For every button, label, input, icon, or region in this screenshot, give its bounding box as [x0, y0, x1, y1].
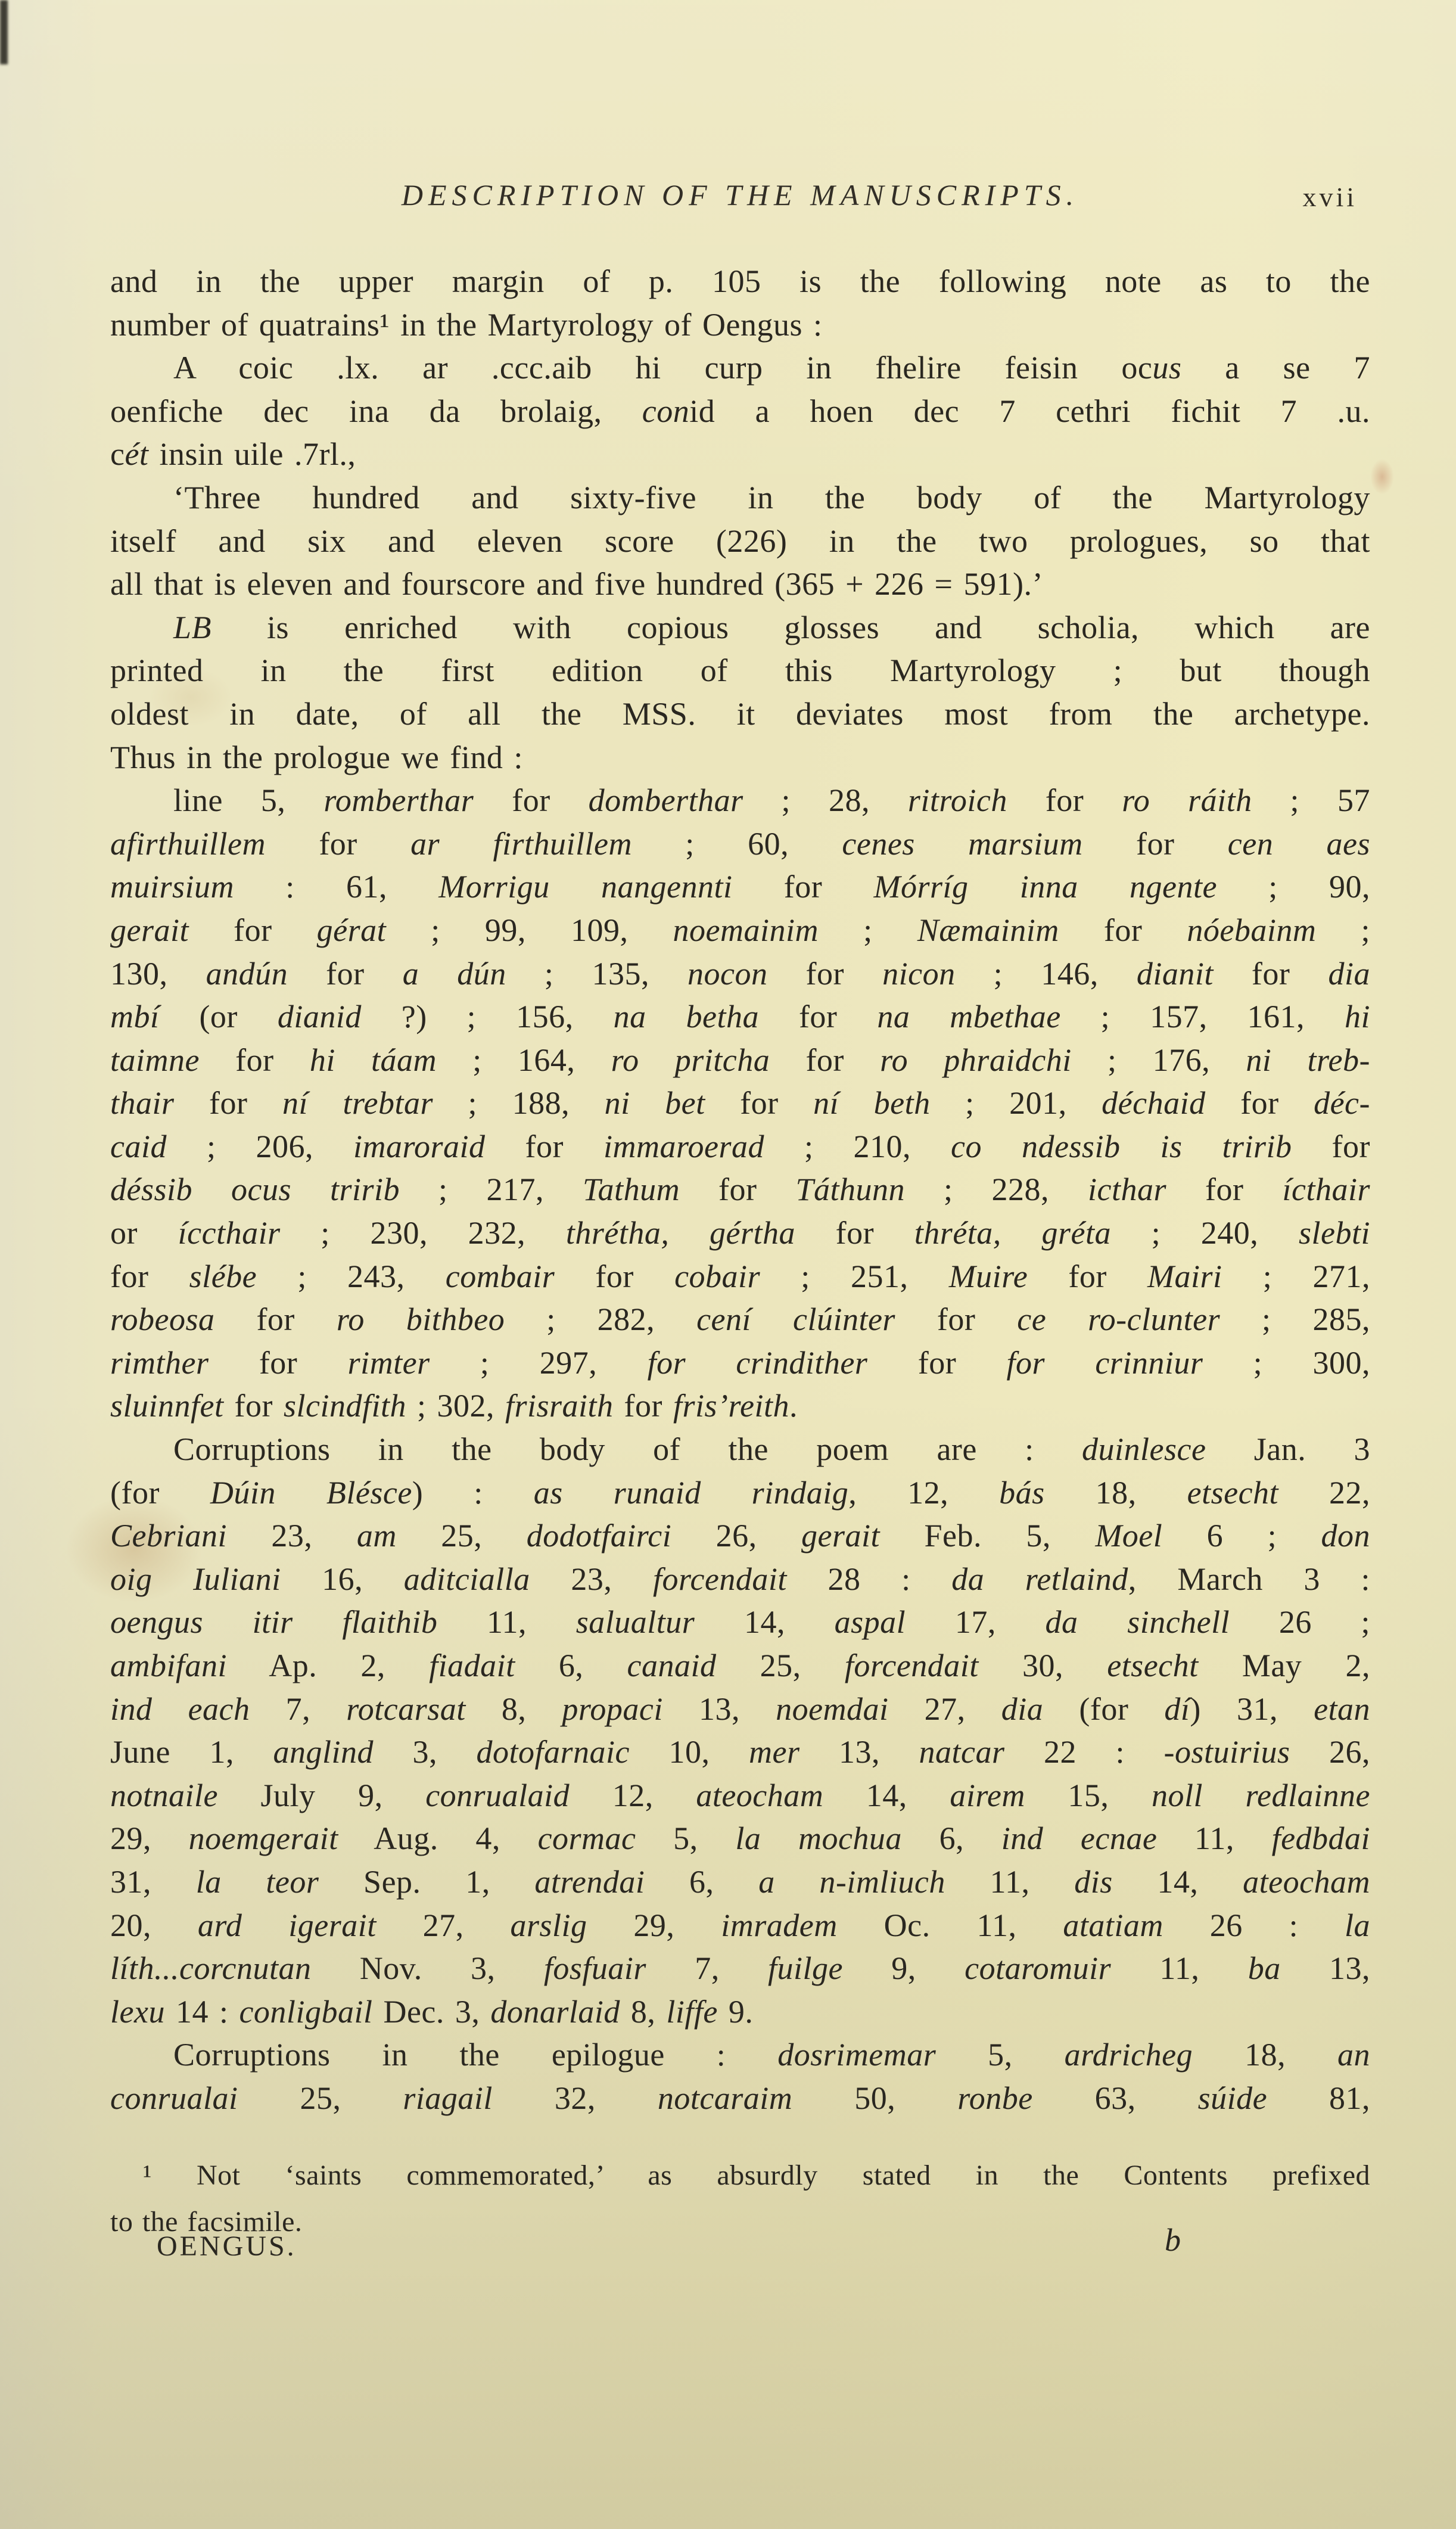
italic-text: Táthunn: [796, 1172, 906, 1207]
roman-text: ; 300,: [1203, 1345, 1370, 1381]
italic-text: rotcarsat: [346, 1691, 466, 1727]
roman-text: Ap. 2,: [227, 1648, 429, 1683]
italic-text: slcindfith: [284, 1388, 406, 1424]
roman-text: , March 3 :: [1128, 1561, 1370, 1597]
italic-text: us: [1152, 350, 1181, 386]
italic-text: déc-: [1314, 1085, 1370, 1121]
roman-text: for: [614, 1388, 673, 1424]
italic-text: notnaile: [110, 1778, 218, 1813]
roman-text: ; 228,: [905, 1172, 1088, 1207]
italic-text: salualtur: [576, 1604, 695, 1640]
italic-text: ind ecnae: [1001, 1820, 1158, 1856]
roman-text: 31,: [110, 1864, 196, 1900]
italic-text: a n-imliuch: [758, 1864, 945, 1900]
roman-text: for: [555, 1259, 674, 1294]
italic-text: propaci: [562, 1691, 662, 1727]
italic-text: ní beth: [813, 1085, 931, 1121]
roman-text: 13,: [663, 1691, 776, 1727]
roman-text: 11,: [1111, 1950, 1248, 1986]
text-line: taimne for hi táam ; 164, ro pritcha for…: [110, 1039, 1370, 1082]
roman-text: line 5,: [173, 782, 323, 818]
catchword: OENGUS.: [157, 2230, 297, 2263]
roman-text: for: [110, 1259, 189, 1294]
roman-text: for: [759, 999, 877, 1034]
roman-text: 25,: [397, 1518, 527, 1554]
roman-text: ; 90,: [1217, 869, 1370, 905]
text-line: sluinnfet for slcindfith ; 302, frisrait…: [110, 1384, 1370, 1428]
text-line: Cebriani 23, am 25, dodotfairci 26, gera…: [110, 1514, 1370, 1558]
roman-text: for: [288, 956, 403, 992]
roman-text: ; 176,: [1072, 1042, 1246, 1078]
italic-text: thréta, gréta: [914, 1215, 1111, 1251]
roman-text: ; 188,: [433, 1085, 605, 1121]
roman-text: 50,: [792, 2080, 957, 2116]
roman-text: A coic .lx. ar .ccc.aib hi curp in fheli…: [173, 350, 1152, 386]
italic-text: cotaromuir: [965, 1950, 1111, 1986]
roman-text: oenfiche dec ina da brolaig,: [110, 393, 642, 429]
roman-text: 13,: [1281, 1950, 1370, 1986]
signature-mark: b: [1165, 2222, 1181, 2258]
roman-text: ) :: [412, 1475, 534, 1511]
italic-text: liffe: [666, 1994, 717, 2030]
italic-text: Mórríg inna ngente: [874, 869, 1217, 905]
italic-text: ar firthuillem: [410, 826, 632, 862]
italic-text: combair: [446, 1259, 555, 1294]
italic-text: oig Iuliani: [110, 1561, 281, 1597]
italic-text: rimther: [110, 1345, 209, 1381]
roman-text: ; 28,: [743, 782, 908, 818]
italic-text: taimne: [110, 1042, 200, 1078]
roman-text: for: [733, 869, 874, 905]
italic-text: thrétha, gértha: [566, 1215, 795, 1251]
roman-text: 26,: [1290, 1734, 1371, 1770]
roman-text: Corruptions in the body of the poem are …: [173, 1431, 1082, 1467]
roman-text: ;: [819, 912, 917, 948]
roman-text: for: [486, 1129, 603, 1164]
italic-text: déchaid: [1102, 1085, 1205, 1121]
italic-text: forcendait: [653, 1561, 787, 1597]
roman-text: for: [1083, 826, 1228, 862]
italic-text: fuilge: [768, 1950, 843, 1986]
italic-text: co ndessib is tririb: [951, 1129, 1292, 1164]
roman-text: 8,: [620, 1994, 667, 2030]
roman-text: for: [867, 1345, 1006, 1381]
italic-text: ard igerait: [198, 1907, 377, 1943]
italic-text: ateocham: [1243, 1864, 1370, 1900]
roman-text: for: [474, 782, 588, 818]
italic-text: gerait: [110, 912, 189, 948]
italic-text: dia: [1001, 1691, 1044, 1727]
roman-text: 7,: [646, 1950, 768, 1986]
italic-text: nicon: [882, 956, 955, 992]
roman-text: 29,: [110, 1820, 189, 1856]
roman-text: ; 217,: [400, 1172, 583, 1207]
roman-text: ; 164,: [437, 1042, 611, 1078]
italic-text: don: [1321, 1518, 1371, 1554]
roman-text: for: [1214, 956, 1329, 992]
text-line: ind each 7, rotcarsat 8, propaci 13, noe…: [110, 1688, 1370, 1731]
italic-text: ba: [1248, 1950, 1281, 1986]
italic-text: etan: [1314, 1691, 1370, 1727]
italic-text: romberthar: [323, 782, 474, 818]
roman-text: for: [200, 1042, 310, 1078]
italic-text: conrualai: [110, 2080, 238, 2116]
text-line: lexu 14 : conligbail Dec. 3, donarlaid 8…: [110, 1990, 1370, 2034]
roman-text: for: [1292, 1129, 1370, 1164]
roman-text: ; 201,: [931, 1085, 1102, 1121]
roman-text: 63,: [1033, 2080, 1198, 2116]
italic-text: fedbdai: [1272, 1820, 1370, 1856]
roman-text: number of quatrains¹ in the Martyrology …: [110, 307, 822, 343]
book-page-scan: DESCRIPTION OF THE MANUSCRIPTS. xvii and…: [0, 0, 1456, 2529]
roman-text: Corruptions in the epilogue :: [173, 2037, 777, 2073]
italic-text: Moel: [1095, 1518, 1162, 1554]
italic-text: arslig: [511, 1907, 587, 1943]
italic-text: fris’reith: [673, 1388, 789, 1424]
roman-text: or: [110, 1215, 178, 1251]
roman-text: ; 157, 161,: [1061, 999, 1345, 1034]
italic-text: ni bet: [605, 1085, 705, 1121]
roman-text: 15,: [1025, 1778, 1152, 1813]
roman-text: for: [189, 912, 317, 948]
italic-text: dotofarnaic: [477, 1734, 630, 1770]
text-line: ¹ Not ‘saints commemorated,’ as absurdly…: [110, 2152, 1370, 2199]
roman-text: insin uile .7rl.,: [148, 436, 356, 472]
roman-text: for: [895, 1301, 1017, 1337]
italic-text: dia: [1328, 956, 1370, 992]
italic-text: ro ráith: [1122, 782, 1252, 818]
roman-text: May 2,: [1199, 1648, 1370, 1683]
roman-text: 23,: [227, 1518, 357, 1554]
roman-text: , 12,: [848, 1475, 999, 1511]
italic-text: notcaraim: [658, 2080, 793, 2116]
roman-text: Jan. 3: [1206, 1431, 1370, 1467]
italic-text: airem: [950, 1778, 1025, 1813]
italic-text: riagail: [403, 2080, 493, 2116]
italic-text: thair: [110, 1085, 175, 1121]
italic-text: caid: [110, 1129, 167, 1164]
roman-text: for: [215, 1301, 337, 1337]
roman-text: Thus in the prologue we find :: [110, 740, 523, 775]
roman-text: ; 285,: [1220, 1301, 1370, 1337]
text-line: number of quatrains¹ in the Martyrology …: [110, 303, 1370, 347]
roman-text: ; 297,: [430, 1345, 648, 1381]
italic-text: aditcialla: [404, 1561, 530, 1597]
roman-text: for: [767, 956, 882, 992]
italic-text: conrualaid: [425, 1778, 570, 1813]
italic-text: icthar: [1088, 1172, 1166, 1207]
text-line: conrualai 25, riagail 32, notcaraim 50, …: [110, 2077, 1370, 2120]
roman-text: 5,: [936, 2037, 1064, 2073]
roman-text: ¹ Not ‘saints commemorated,’ as absurdly…: [143, 2160, 1370, 2191]
roman-text: 27,: [889, 1691, 1001, 1727]
italic-text: cenes marsium: [842, 826, 1082, 862]
text-line: ambifani Ap. 2, fiadait 6, canaid 25, fo…: [110, 1644, 1370, 1688]
text-line: 130, andún for a dún ; 135, nocon for ni…: [110, 952, 1370, 996]
text-line: rimther for rimter ; 297, for crindither…: [110, 1341, 1370, 1385]
italic-text: dianid: [278, 999, 362, 1034]
italic-text: dodotfairci: [527, 1518, 672, 1554]
page-number: xvii: [1302, 181, 1357, 213]
roman-text: for: [795, 1215, 914, 1251]
roman-text: 26,: [671, 1518, 801, 1554]
italic-text: la mochua: [735, 1820, 902, 1856]
roman-text: all that is eleven and fourscore and fiv…: [110, 566, 1043, 602]
scan-edge-mark: [0, 0, 8, 64]
italic-text: ardricheg: [1065, 2037, 1193, 2073]
italic-text: etsecht: [1107, 1648, 1198, 1683]
paragraph: ‘Three hundred and sixty-five in the bod…: [110, 476, 1370, 606]
roman-text: Oc. 11,: [838, 1907, 1063, 1943]
text-line: or íccthair ; 230, 232, thrétha, gértha …: [110, 1211, 1370, 1255]
text-line: LB is enriched with copious glosses and …: [110, 606, 1370, 650]
roman-text: 11,: [437, 1604, 575, 1640]
page-footer: OENGUS. b: [110, 2230, 1370, 2278]
italic-text: imradem: [721, 1907, 837, 1943]
roman-text: for: [1166, 1172, 1282, 1207]
roman-text: 8,: [466, 1691, 562, 1727]
roman-text: oldest in date, of all the MSS. it devia…: [110, 696, 1370, 732]
roman-text: 11,: [945, 1864, 1074, 1900]
roman-text: for: [209, 1345, 348, 1381]
roman-text: 12,: [570, 1778, 696, 1813]
text-line: notnaile July 9, conrualaid 12, ateocham…: [110, 1774, 1370, 1817]
roman-text: ‘Three hundred and sixty-five in the bod…: [173, 480, 1370, 515]
roman-text: a se 7: [1181, 350, 1370, 386]
italic-text: am: [357, 1518, 397, 1554]
paper-stain: [1370, 459, 1394, 495]
roman-text: for: [1206, 1085, 1314, 1121]
paragraph: Corruptions in the epilogue : dosrimemar…: [110, 2033, 1370, 2120]
roman-text: .: [789, 1388, 798, 1424]
italic-text: dosrimemar: [777, 2037, 936, 2073]
roman-text: printed in the first edition of this Mar…: [110, 653, 1370, 688]
text-line: ‘Three hundred and sixty-five in the bod…: [110, 476, 1370, 520]
text-line: all that is eleven and fourscore and fiv…: [110, 563, 1370, 606]
text-line: (for Dúin Blésce) : as runaid rindaig, 1…: [110, 1471, 1370, 1515]
roman-text: 14 :: [165, 1994, 239, 2030]
italic-text: -ostuirius: [1163, 1734, 1290, 1770]
italic-text: muirsium: [110, 869, 234, 905]
roman-text: ; 230, 232,: [281, 1215, 566, 1251]
italic-text: nocon: [687, 956, 767, 992]
text-line: robeosa for ro bithbeo ; 282, cení clúin…: [110, 1298, 1370, 1341]
italic-text: an: [1337, 2037, 1370, 2073]
roman-text: ; 135,: [506, 956, 687, 992]
italic-text: duinlesce: [1082, 1431, 1206, 1467]
paragraph: LB is enriched with copious glosses and …: [110, 606, 1370, 779]
roman-text: 32,: [493, 2080, 658, 2116]
text-line: and in the upper margin of p. 105 is the…: [110, 260, 1370, 303]
roman-text: ; 210,: [764, 1129, 951, 1164]
roman-text: 16,: [281, 1561, 404, 1597]
roman-text: (for: [1043, 1691, 1164, 1727]
italic-text: domberthar: [589, 782, 743, 818]
roman-text: ) 31,: [1190, 1691, 1314, 1727]
paragraph: line 5, romberthar for domberthar ; 28, …: [110, 779, 1370, 1428]
text-line: line 5, romberthar for domberthar ; 28, …: [110, 779, 1370, 822]
roman-text: for: [1059, 912, 1187, 948]
italic-text: na betha: [614, 999, 759, 1034]
italic-text: ronbe: [957, 2080, 1032, 2116]
text-line: oldest in date, of all the MSS. it devia…: [110, 692, 1370, 736]
roman-text: 22 :: [1004, 1734, 1163, 1770]
italic-text: la: [1345, 1907, 1370, 1943]
italic-text: nóebainm: [1187, 912, 1316, 948]
roman-text: 18,: [1045, 1475, 1187, 1511]
paragraph: and in the upper margin of p. 105 is the…: [110, 260, 1370, 346]
italic-text: anglind: [273, 1734, 374, 1770]
roman-text: 30,: [979, 1648, 1107, 1683]
text-line: déssib ocus tririb ; 217, Tathum for Tát…: [110, 1168, 1370, 1211]
running-header: DESCRIPTION OF THE MANUSCRIPTS. xvii: [110, 178, 1370, 219]
italic-text: LB: [173, 610, 211, 645]
italic-text: andún: [206, 956, 288, 992]
italic-text: da sinchell: [1046, 1604, 1230, 1640]
roman-text: ;: [1316, 912, 1370, 948]
roman-text: for: [1007, 782, 1122, 818]
italic-text: imaroraid: [353, 1129, 486, 1164]
italic-text: noll redlainne: [1152, 1778, 1370, 1813]
text-line: oig Iuliani 16, aditcialla 23, forcendai…: [110, 1558, 1370, 1601]
roman-text: 6,: [645, 1864, 758, 1900]
roman-text: 3,: [374, 1734, 477, 1770]
italic-text: hi: [1345, 999, 1370, 1034]
roman-text: 22,: [1278, 1475, 1370, 1511]
roman-text: (or: [160, 999, 278, 1034]
italic-text: ro phraidchi: [880, 1042, 1072, 1078]
italic-text: mer: [749, 1734, 799, 1770]
roman-text: 14,: [695, 1604, 834, 1640]
roman-text: 29,: [587, 1907, 721, 1943]
italic-text: hi táam: [310, 1042, 437, 1078]
roman-text: 23,: [530, 1561, 653, 1597]
roman-text: Dec. 3,: [372, 1994, 490, 2030]
italic-text: ce ro-clunter: [1017, 1301, 1220, 1337]
italic-text: atrendai: [534, 1864, 645, 1900]
roman-text: July 9,: [218, 1778, 425, 1813]
roman-text: ; 240,: [1111, 1215, 1299, 1251]
italic-text: noemdai: [776, 1691, 888, 1727]
roman-text: 27,: [377, 1907, 511, 1943]
roman-text: Feb. 5,: [880, 1518, 1095, 1554]
italic-text: Mairi: [1147, 1259, 1222, 1294]
roman-text: : 61,: [234, 869, 438, 905]
italic-text: mbí: [110, 999, 160, 1034]
italic-text: ambifani: [110, 1648, 227, 1683]
roman-text: for: [175, 1085, 283, 1121]
italic-text: Tathum: [583, 1172, 680, 1207]
roman-text: June 1,: [110, 1734, 273, 1770]
italic-text: fiadait: [429, 1648, 515, 1683]
italic-text: dí: [1164, 1691, 1190, 1727]
roman-text: ; 99, 109,: [386, 912, 673, 948]
text-line: Corruptions in the body of the poem are …: [110, 1428, 1370, 1471]
roman-text: 18,: [1193, 2037, 1337, 2073]
text-line: 20, ard igerait 27, arslig 29, imradem O…: [110, 1904, 1370, 1947]
text-line: líth...corcnutan Nov. 3, fosfuair 7, fui…: [110, 1947, 1370, 1990]
text-line: Corruptions in the epilogue : dosrimemar…: [110, 2033, 1370, 2077]
italic-text: afirthuillem: [110, 826, 266, 862]
italic-text: la teor: [196, 1864, 319, 1900]
italic-text: ét: [125, 436, 148, 472]
text-line: mbí (or dianid ?) ; 156, na betha for na…: [110, 995, 1370, 1039]
italic-text: for crinniur: [1007, 1345, 1203, 1381]
italic-text: forcendait: [845, 1648, 979, 1683]
italic-text: conligbail: [239, 1994, 372, 2030]
roman-text: 25,: [238, 2080, 403, 2116]
roman-text: 28 :: [787, 1561, 951, 1597]
roman-text: 14,: [1113, 1864, 1243, 1900]
italic-text: oengus itir flaithib: [110, 1604, 437, 1640]
roman-text: 13,: [799, 1734, 919, 1770]
roman-text: for: [266, 826, 410, 862]
roman-text: 9,: [843, 1950, 965, 1986]
italic-text: gérat: [317, 912, 387, 948]
text-line: oenfiche dec ina da brolaig, conid a hoe…: [110, 390, 1370, 433]
italic-text: Morrigu nangennti: [438, 869, 732, 905]
text-line: for slébe ; 243, combair for cobair ; 25…: [110, 1255, 1370, 1298]
italic-text: da retlaind: [951, 1561, 1128, 1597]
roman-text: 7,: [250, 1691, 347, 1727]
italic-text: ateocham: [696, 1778, 823, 1813]
roman-text: 5,: [636, 1820, 736, 1856]
italic-text: sluinnfet: [110, 1388, 224, 1424]
italic-text: Muire: [949, 1259, 1028, 1294]
roman-text: ; 282,: [505, 1301, 696, 1337]
text-line: gerait for gérat ; 99, 109, noemainim ; …: [110, 909, 1370, 952]
roman-text: 6,: [902, 1820, 1001, 1856]
roman-text: 9.: [718, 1994, 754, 2030]
italic-text: dis: [1074, 1864, 1113, 1900]
roman-text: 26 :: [1163, 1907, 1345, 1943]
roman-text: 26 ;: [1230, 1604, 1370, 1640]
text-line: afirthuillem for ar firthuillem ; 60, ce…: [110, 822, 1370, 866]
roman-text: ; 243,: [257, 1259, 446, 1294]
italic-text: frisraith: [505, 1388, 614, 1424]
roman-text: 25,: [716, 1648, 844, 1683]
roman-text: 11,: [1157, 1820, 1271, 1856]
paragraph: Corruptions in the body of the poem are …: [110, 1428, 1370, 2033]
italic-text: as runaid rindaig: [534, 1475, 849, 1511]
text-line: cét insin uile .7rl.,: [110, 433, 1370, 476]
text-line: 29, noemgerait Aug. 4, cormac 5, la moch…: [110, 1817, 1370, 1860]
italic-text: rimter: [348, 1345, 430, 1381]
italic-text: aspal: [835, 1604, 906, 1640]
body-text: and in the upper margin of p. 105 is the…: [110, 260, 1370, 2120]
roman-text: for: [1028, 1259, 1147, 1294]
text-line: muirsium : 61, Morrigu nangennti for Mór…: [110, 865, 1370, 909]
roman-text: itself and six and eleven score (226) in…: [110, 523, 1370, 559]
paragraph: A coic .lx. ar .ccc.aib hi curp in fheli…: [110, 346, 1370, 476]
italic-text: cen aes: [1228, 826, 1370, 862]
text-line: itself and six and eleven score (226) in…: [110, 520, 1370, 563]
roman-text: (for: [110, 1475, 210, 1511]
italic-text: íccthair: [178, 1215, 281, 1251]
italic-text: robeosa: [110, 1301, 215, 1337]
text-line: June 1, anglind 3, dotofarnaic 10, mer 1…: [110, 1730, 1370, 1774]
text-line: printed in the first edition of this Mar…: [110, 649, 1370, 692]
text-line: 31, la teor Sep. 1, atrendai 6, a n-imli…: [110, 1860, 1370, 1904]
italic-text: immaroerad: [603, 1129, 764, 1164]
italic-text: natcar: [919, 1734, 1004, 1770]
roman-text: ; 206,: [167, 1129, 353, 1164]
italic-text: Cebriani: [110, 1518, 227, 1554]
italic-text: con: [642, 393, 689, 429]
italic-text: etsecht: [1187, 1475, 1278, 1511]
italic-text: ro bithbeo: [337, 1301, 505, 1337]
roman-text: 6 ;: [1162, 1518, 1321, 1554]
